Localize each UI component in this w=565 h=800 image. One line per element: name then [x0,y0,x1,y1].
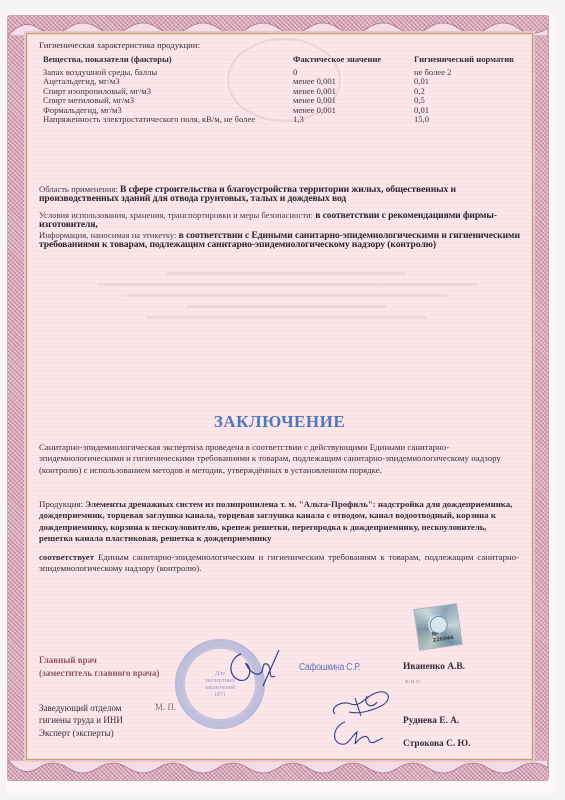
product-value: Элементы дренажных систем из полипропиле… [39,499,512,543]
conclusion-heading: ЗАКЛЮЧЕНИЕ [27,412,532,432]
fio-caption: Ф. И. О. [405,679,421,684]
cell-norm: 0,01 [414,106,531,116]
chief-line-1: Главный врач [39,654,159,667]
column-header-actual: Фактическое значение [293,55,414,68]
product-label: Продукция: [39,499,83,509]
table-row: Напряженность электростатического поля, … [43,115,531,125]
chief-line-2: (заместитель главного врача) [39,667,159,680]
certificate-body: Гигиеническая характеристика продукции: … [26,33,533,760]
dept-head-name: Руднева Е. А. [403,716,459,726]
conclusion-intro: Санитарно-эпидемиологическая экспертиза … [39,442,519,476]
expert-title: Эксперт (эксперты) [39,727,114,740]
conforms-label: соответствует [39,552,94,562]
conditions-field: Условия использования, хранения, транспо… [39,211,529,229]
expert-name: Строкова С. Ю. [403,739,470,749]
label-info-field: Информация, наносимая на этикетку: в соо… [39,231,529,249]
cell-norm: 15,0 [414,115,531,125]
hygiene-section-title: Гигиеническая характеристика продукции: [39,40,200,50]
expert-signature [327,718,387,750]
cell-substance: Напряженность электростатического поля, … [43,115,293,125]
hygiene-table-header: Вещества, показатели (факторы) Фактическ… [43,55,531,68]
product-description: Продукция: Элементы дренажных систем из … [39,499,519,545]
chief-doctor-title: Главный врач (заместитель главного врача… [39,654,159,680]
dept-head-line-2: гигиены труда и ИНИ [39,714,123,726]
chief-signature [223,646,283,688]
conforms-value: Единым санитарно-эпидемиологическим и ги… [39,552,519,573]
cell-actual: 1,3 [293,115,414,125]
facsimile-name-stamp: Сафошкина С.Р. [299,662,360,673]
cell-actual: менее 0,001 [293,106,414,116]
dept-head-line-1: Заведующий отделом [39,702,123,714]
hologram-number: № 226046 [432,628,461,644]
hygiene-table: Вещества, показатели (факторы) Фактическ… [43,55,531,125]
dept-head-title: Заведующий отделом гигиены труда и ИНИ [39,702,123,726]
hologram-sticker: № 226046 [413,603,462,651]
dept-head-signature [327,686,397,722]
cell-norm: 0,5 [414,96,531,106]
column-header-norm: Гигиенический норматив [414,55,531,68]
stamp-line: 1871 [177,692,263,699]
scope-field: Область применения: В сфере строительств… [39,185,529,203]
cell-norm: 0,2 [414,87,531,97]
cell-norm: не более 2 [414,68,531,78]
chief-doctor-name: Иваненко А.В. [403,662,465,672]
conformity-statement: соответствует Единым санитарно-эпидемиол… [39,552,519,575]
cell-norm: 0,01 [414,77,531,87]
stamp-mark: М. П. [155,702,176,712]
frame-wave-bottom [8,760,548,780]
column-header-substance: Вещества, показатели (факторы) [43,55,293,68]
